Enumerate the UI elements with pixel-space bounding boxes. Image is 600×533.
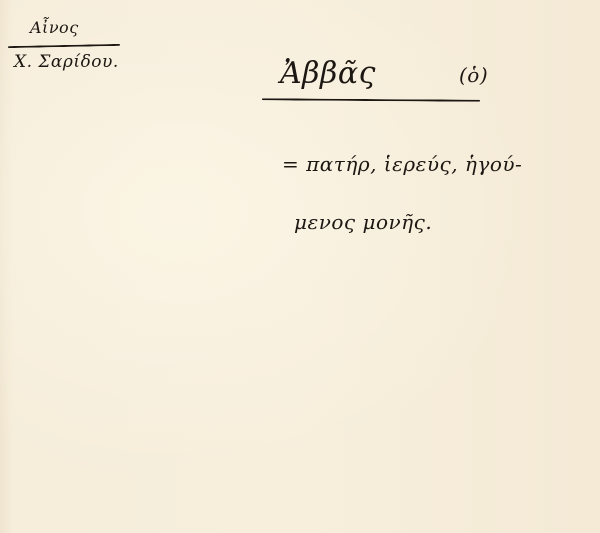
definition-line-2: μενος μονῆς. (294, 210, 432, 234)
index-card: Αἶνος Χ. Σαρίδου. Ἀββᾶς (ὁ) = πατήρ, ἱερ… (0, 0, 600, 533)
grammatical-gender: (ὁ) (459, 63, 488, 87)
source-informant: Χ. Σαρίδου. (14, 52, 119, 72)
source-divider-line (8, 44, 120, 48)
definition-line-1: = πατήρ, ἱερεύς, ἡγού- (282, 152, 522, 176)
source-region: Αἶνος (30, 18, 79, 37)
headword: Ἀββᾶς (280, 56, 376, 91)
headword-underline (262, 98, 480, 102)
